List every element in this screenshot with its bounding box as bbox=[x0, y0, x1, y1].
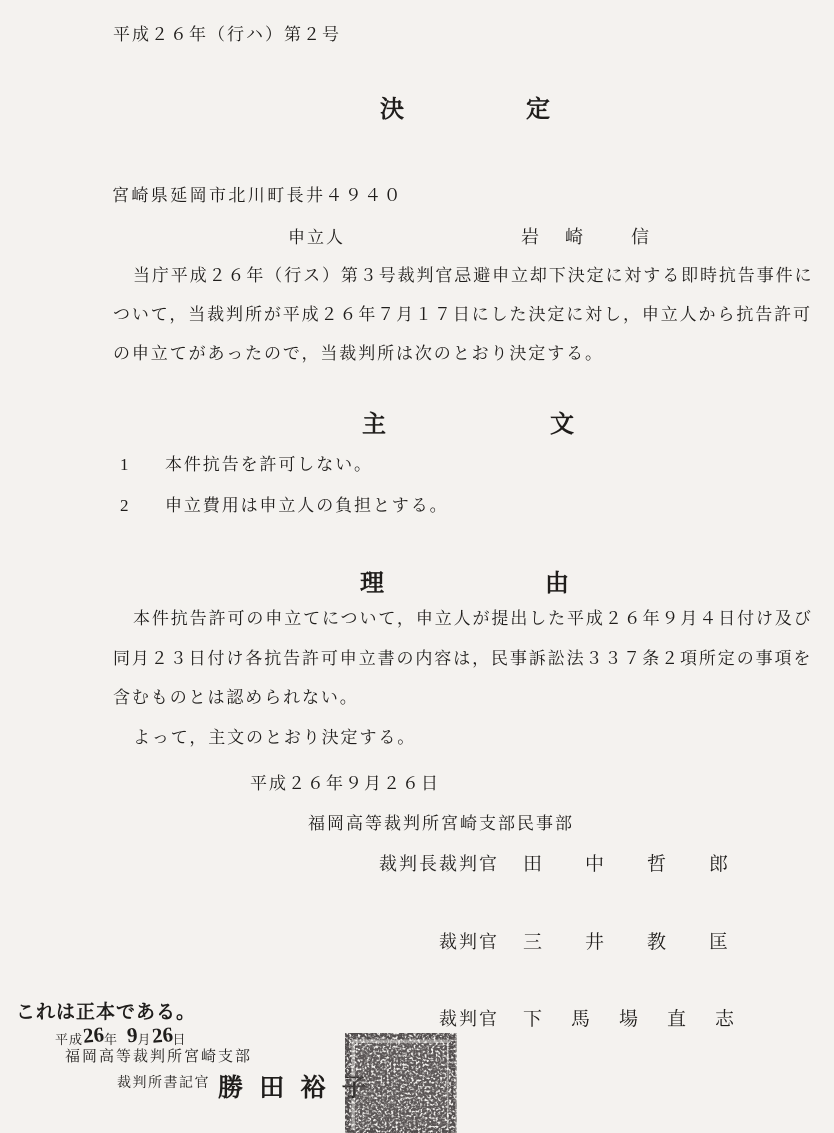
main-item-number: 2 bbox=[120, 497, 130, 514]
presiding-judge-row: 裁判長裁判官 田 中 哲 郎 bbox=[0, 855, 834, 879]
cert-date-year-unit: 年 bbox=[104, 1032, 118, 1047]
decision-date: 平成２６年９月２６日 bbox=[250, 775, 440, 792]
intro-paragraph-line: の申立てがあったので，当裁判所は次のとおり決定する。 bbox=[113, 345, 604, 362]
clerk-title: 裁判所書記官 bbox=[117, 1077, 210, 1091]
court-clerk-seal-stamp bbox=[345, 1033, 457, 1133]
judge-title: 裁判官 bbox=[439, 1010, 499, 1028]
court-division-name: 福岡高等裁判所宮崎支部民事部 bbox=[308, 815, 574, 832]
intro-paragraph-line: 当庁平成２６年（行ス）第３号裁判官忌避申立却下決定に対する即時抗告事件に bbox=[133, 267, 813, 284]
conclusion-line: よって，主文のとおり決定する。 bbox=[133, 729, 416, 746]
case-number: 平成２６年（行ハ）第２号 bbox=[113, 26, 341, 43]
judge-name: 下 馬 場 直 志 bbox=[523, 1010, 739, 1029]
certification-date: 平成26年9月26日 bbox=[55, 1027, 187, 1048]
intro-paragraph-line: ついて，当裁判所が平成２６年７月１７日にした決定に対し，申立人から抗告許可 bbox=[113, 306, 812, 323]
seal-graphic bbox=[345, 1033, 457, 1133]
main-text-heading: 主 文 bbox=[362, 413, 574, 437]
cert-date-era: 平成 bbox=[55, 1032, 83, 1047]
judge-name: 田 中 哲 郎 bbox=[523, 855, 740, 874]
cert-date-month-unit: 月 bbox=[138, 1032, 152, 1047]
main-heading-char-1: 主 bbox=[362, 413, 386, 437]
court-decision-document: 平成２６年（行ハ）第２号 決 定 宮崎県延岡市北川町長井４９４０ 申立人 岩 崎… bbox=[0, 0, 834, 1133]
main-item-text: 本件抗告を許可しない。 bbox=[165, 456, 373, 473]
party-role-label: 申立人 bbox=[288, 229, 345, 246]
cert-date-day-unit: 日 bbox=[173, 1032, 187, 1047]
petitioner-name: 岩 崎 信 bbox=[521, 228, 653, 246]
title-char-2: 定 bbox=[526, 98, 551, 122]
reasons-paragraph-line: 本件抗告許可の申立てについて，申立人が提出した平成２６年９月４日付け及び bbox=[133, 610, 813, 627]
reason-heading-char-1: 理 bbox=[360, 572, 384, 596]
main-item-number: 1 bbox=[120, 456, 130, 473]
document-title: 決 定 bbox=[380, 98, 551, 122]
main-item-text: 申立費用は申立人の負担とする。 bbox=[165, 497, 449, 514]
cert-date-month-handwritten: 9 bbox=[126, 1025, 138, 1047]
certification-court-name: 福岡高等裁判所宮崎支部 bbox=[65, 1050, 252, 1065]
certification-statement: これは正本である。 bbox=[16, 1003, 196, 1022]
main-heading-char-2: 文 bbox=[550, 413, 574, 437]
reason-heading-char-2: 由 bbox=[545, 572, 569, 596]
scan-noise-overlay bbox=[0, 0, 834, 1133]
judge-title: 裁判長裁判官 bbox=[379, 855, 499, 873]
reasons-paragraph-line: 同月２３日付け各抗告許可申立書の内容は，民事訴訟法３３７条２項所定の事項を bbox=[113, 650, 812, 667]
cert-date-year-handwritten: 26 bbox=[82, 1024, 105, 1047]
petitioner-address: 宮崎県延岡市北川町長井４９４０ bbox=[112, 187, 403, 204]
title-char-1: 決 bbox=[380, 98, 405, 122]
reasons-heading: 理 由 bbox=[360, 572, 569, 596]
cert-date-day-handwritten: 26 bbox=[151, 1024, 174, 1047]
judge-name: 三 井 教 匡 bbox=[523, 933, 740, 952]
judge-title: 裁判官 bbox=[439, 933, 499, 951]
judge-row: 裁判官 三 井 教 匡 bbox=[0, 933, 834, 957]
reasons-paragraph-line: 含むものとは認められない。 bbox=[113, 689, 359, 706]
